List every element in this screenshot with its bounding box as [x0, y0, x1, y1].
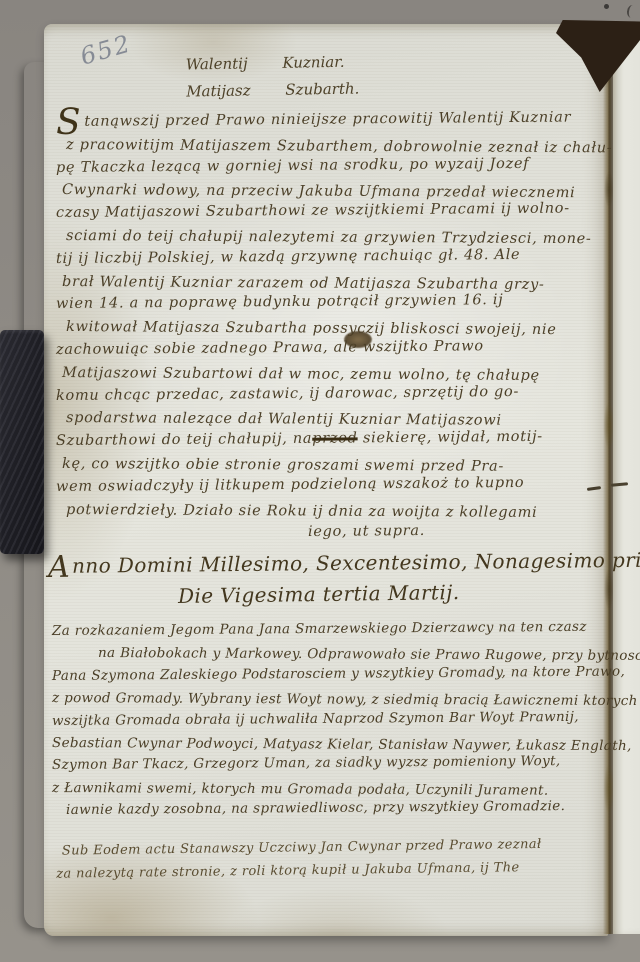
deed-entry-paragraph: Stanąwszij przed Prawo ninieijsze pracow… [56, 111, 596, 544]
manuscript-line: Szymon Bar Tkacz, Grzegorz Uman, za siad… [52, 750, 597, 777]
manuscript-line: zachowuiąc sobie zadnego Prawa, ale wszi… [56, 334, 596, 362]
date-heading-line: Die Vigesima tertia Martij. [178, 576, 593, 611]
manuscript-line: Pana Szymona Zaleskiego Podstarosciem y … [52, 661, 597, 688]
manuscript-line: wien 14. a na poprawę budynku potrącił g… [56, 289, 596, 317]
heading-name-line: Walentij Kuzniar. [186, 48, 360, 78]
manuscript-line: iawnie kazdy zosobna, na sprawiedliwosc,… [66, 795, 597, 822]
next-entry-paragraph: Sub Eodem actu Stanawszy Uczciwy Jan Cwy… [62, 832, 583, 885]
manuscript-line: Za rozkazaniem Jegom Pana Jana Smarzewsk… [52, 616, 597, 643]
manuscript-line: Stanąwszij przed Prawo ninieijsze pracow… [56, 106, 596, 134]
manuscript-line: czasy Matijaszowi Szubarthowi ze wszijtk… [56, 197, 596, 225]
manuscript-line: komu chcąc przedac, zastawic, ij darowac… [56, 380, 596, 408]
manuscript-line: tij ij liczbij Polskiej, w kazdą grzywnę… [56, 243, 596, 271]
rug-court-paragraph: Za rozkazaniem Jegom Pana Jana Smarzewsk… [52, 620, 597, 822]
manuscript-line: pę Tkaczka lezącą w gorniej wsi na srodk… [56, 152, 596, 180]
entry-closing-formula: iego, ut supra. [308, 519, 596, 544]
manuscript-photo: 652 Walentij Kuzniar. Matijasz Szubarth.… [0, 0, 640, 962]
struck-out-word: przod [312, 431, 358, 447]
book-clasp [0, 330, 44, 554]
manuscript-line-text: tanąwszij przed Prawo ninieijsze pracowi… [84, 110, 571, 130]
date-heading-text: nno Domini Millesimo, Sexcentesimo, Nona… [72, 547, 640, 577]
date-heading: Anno Domini Millesimo, Sexcentesimo, Non… [48, 552, 593, 611]
pencil-tick-mark [626, 4, 638, 18]
line-segment: siekierę, wijdał, motij- [358, 429, 543, 447]
facing-page-sliver [613, 26, 640, 934]
drop-initial: A [48, 550, 70, 585]
manuscript-line-with-strikethrough: Szubarthowi do teij chałupij, naprzod si… [56, 425, 596, 453]
heading-name-line: Matijasz Szubarth. [186, 75, 360, 105]
manuscript-line: wszijtka Gromada obrała ij uchwaliła Nap… [52, 705, 597, 732]
manuscript-line: wem oswiadczyły ij litkupem podzieloną w… [56, 471, 596, 499]
entry-heading-names: Walentij Kuzniar. Matijasz Szubarth. [186, 48, 360, 105]
pencil-dot-mark [604, 4, 609, 9]
line-segment: Szubarthowi do teij chałupij, na [56, 431, 312, 449]
